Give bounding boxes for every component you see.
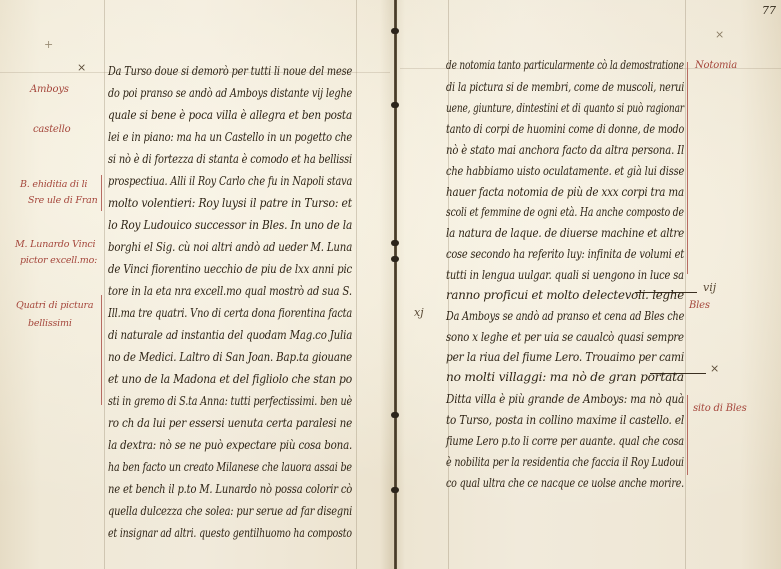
text-line: co qual ultra che ce nacque ce uolse anc…: [446, 476, 684, 490]
text-line: ne et bench il p.to M. Lunardo nò possa …: [108, 482, 352, 496]
margin-note-sito-di-bles: sito di Bles: [693, 403, 747, 414]
text-line: hauer facta notomia de più de xxx corpi …: [446, 185, 684, 199]
text-line: ranno proficui et molto delectevoli. leg…: [446, 288, 684, 302]
text-line: tore in la eta nra excell.mo qual mostrò…: [108, 284, 352, 298]
margin-bracket: [101, 175, 102, 211]
text-line: lei e in piano: ma ha un Castello in un …: [108, 130, 352, 144]
margin-note: B. ehiditia di li: [20, 179, 87, 190]
text-line: no molti villaggi: ma nò de gran portata: [446, 370, 684, 384]
text-line: tanto di corpi de huomini come di donne,…: [446, 122, 684, 136]
margin-note-castello: castello: [33, 124, 70, 135]
margin-note: bellissimi: [28, 318, 72, 329]
text-line: sti in gremo di S.ta Anna: tutti perfect…: [108, 394, 352, 408]
margin-bracket: [101, 295, 102, 405]
binding-stitch: [391, 412, 399, 418]
text-line: sono x leghe et per uia se caualcò quasi…: [446, 330, 684, 344]
folio-mark-xj: xj: [414, 306, 424, 319]
text-line: Da Turso doue si demorò per tutti li nou…: [108, 64, 352, 78]
text-line: che habbiamo uisto oculatamente. et già …: [446, 164, 684, 178]
left-page-left-ruling: [104, 0, 105, 569]
text-line: ro ch da lui per essersi uenuta certa pa…: [108, 416, 352, 430]
text-line: nò è stato mai anchora facto da altra pe…: [446, 143, 684, 157]
text-line: ha ben facto un creato Milanese che lauo…: [108, 460, 352, 474]
cross-mark: ×: [710, 362, 719, 375]
margin-note-quatri: Quatri di pictura: [16, 300, 93, 311]
binding-stitch: [391, 102, 399, 108]
binding-stitch: [391, 487, 399, 493]
margin-note-bles: Bles: [689, 300, 710, 311]
margin-note-amboys: Amboys: [30, 84, 69, 95]
right-page-right-ruling: [685, 0, 686, 569]
text-line: la dextra: nò se ne può expectare più co…: [108, 438, 352, 452]
left-page-right-ruling: [356, 0, 357, 569]
text-line: scoli et femmine de ogni età. Ha anche c…: [446, 205, 684, 219]
text-line: molto volentieri: Roy luysi il patre in …: [108, 196, 352, 210]
text-line: no de Medici. Laltro di San Joan. Bap.ta…: [108, 350, 352, 364]
text-line: de Vinci fiorentino uecchio de piu de lx…: [108, 262, 352, 276]
cross-mark: ×: [77, 61, 86, 74]
text-line: la natura de laque. de diuerse machine e…: [446, 226, 684, 240]
text-line: è nobilita per la residentia che faccia …: [446, 455, 684, 469]
text-line: tutti in lengua uulgar. quali si uengono…: [446, 268, 684, 282]
text-line: prospectiua. Alli il Roy Carlo che fu in…: [108, 174, 352, 188]
text-line: Ditta villa è più grande de Amboys: ma n…: [446, 392, 684, 406]
text-line: fiume Lero p.to li corre per auante. qua…: [446, 434, 684, 448]
text-line: di naturale ad instantia del quodam Mag.…: [108, 328, 352, 342]
text-line: Da Amboys se andò ad pranso et cena ad B…: [446, 309, 684, 323]
text-line: quale si bene è poca villa è allegra et …: [108, 108, 352, 122]
margin-note: pictor excell.mo:: [20, 255, 97, 266]
binding-stitch: [391, 240, 399, 246]
folio-mark-vij: vij: [703, 281, 716, 294]
text-line: si nò è di fortezza di stanta è comodo e…: [108, 152, 352, 166]
text-line: uene, giunture, dintestini et di quanto …: [446, 101, 684, 115]
binding-stitch: [391, 28, 399, 34]
text-line: to Turso, posta in collino maxime il cas…: [446, 413, 684, 427]
plus-mark: +: [44, 38, 53, 51]
margin-note-lunardo: M. Lunardo Vinci: [15, 239, 95, 250]
text-line: cose secondo ha referito luy: infinita d…: [446, 247, 684, 261]
page-number: 77: [762, 4, 776, 17]
binding-stitch: [391, 256, 399, 262]
margin-bracket: [687, 395, 688, 475]
text-line: borghi el Sig. cù noi altri andò ad uede…: [108, 240, 352, 254]
cross-mark: ×: [715, 28, 724, 41]
text-line: et uno de la Madona et del figliolo che …: [108, 372, 352, 386]
text-line: di la pictura si de membri, come de musc…: [446, 80, 684, 94]
text-line: do poi pranso se andò ad Amboys distante…: [108, 86, 352, 100]
text-line: lo Roy Ludouico successor in Bles. In un…: [108, 218, 352, 232]
margin-note-notomia: Notomia: [695, 60, 737, 71]
manuscript-spread: 77 × + Amboys castello B. ehiditia di li…: [0, 0, 781, 569]
text-line: Ill.ma tre quatri. Vno di certa dona fio…: [108, 306, 352, 320]
text-line: et insignar ad altri. questo gentilhuomo…: [108, 526, 352, 540]
text-line: de notomia tanto particularmente cò la d…: [446, 58, 684, 72]
margin-note: Sre ule di Fran: [28, 195, 98, 206]
text-line: per la riua del fiume Lero. Trouaimo per…: [446, 350, 684, 364]
binding-gutter: [394, 0, 397, 569]
text-line: quella dulcezza che solea: pur serue ad …: [108, 504, 352, 518]
margin-bracket: [687, 62, 688, 274]
